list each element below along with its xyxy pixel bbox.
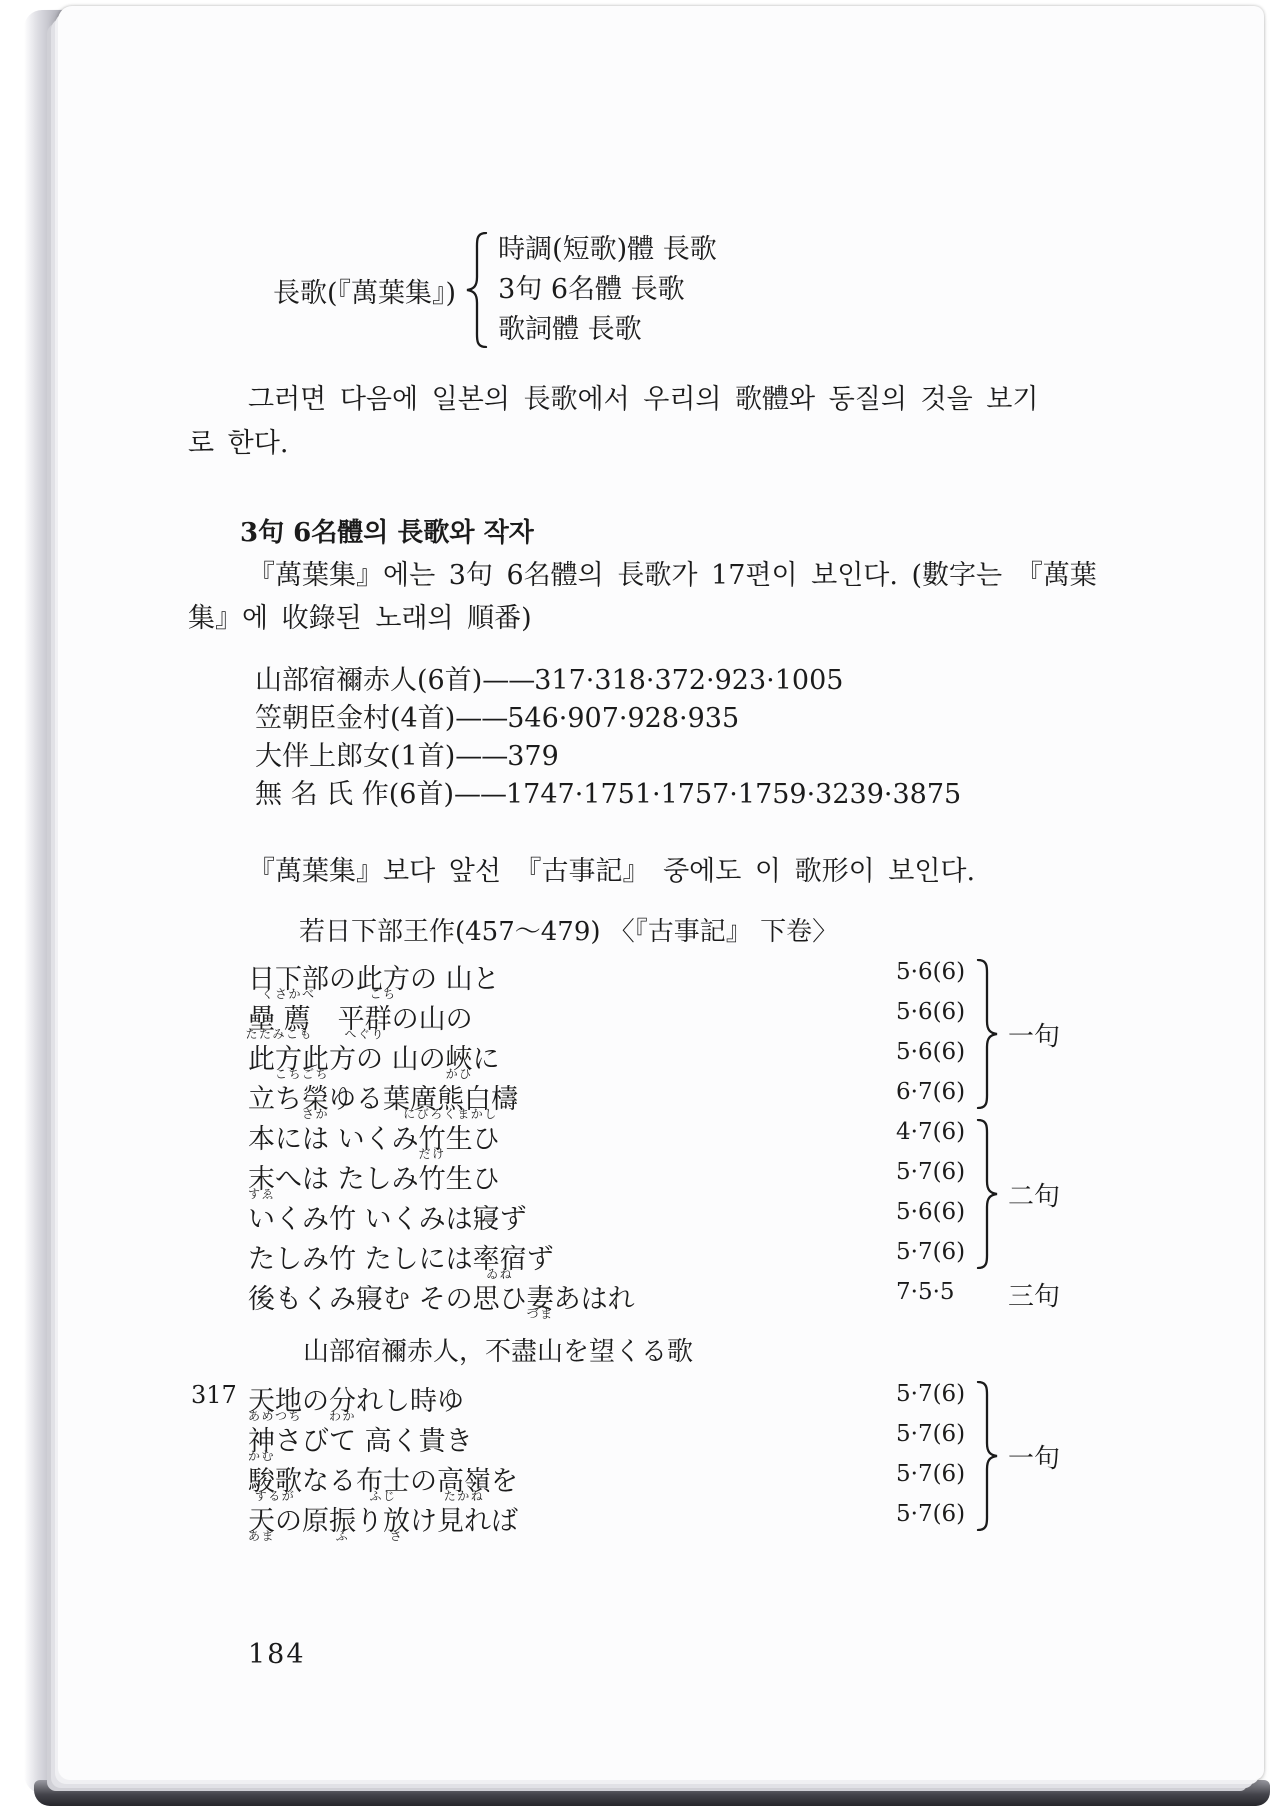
group-brace-icon xyxy=(974,1381,998,1531)
dash: —— xyxy=(455,741,507,772)
poem-numbers: 546·907·928·935 xyxy=(507,703,739,734)
diagram-item: 時調(短歌)體 長歌 xyxy=(498,230,717,270)
meter-value: 5·7(6) xyxy=(896,1499,965,1527)
page-number: 184 xyxy=(248,1639,1149,1670)
group-label: 三句 xyxy=(1008,1279,1060,1315)
meter-value: 5·7(6) xyxy=(896,1157,965,1185)
left-brace-icon xyxy=(466,232,490,348)
poet-name: 山部宿禰赤人(6首) xyxy=(255,665,482,696)
poem-2: 317天地あめつちの 分わかれし時ゆ5·7(6)神かむさびて 高く貴き5·7(6… xyxy=(248,1379,1128,1539)
poem-verse-text: 駿歌するがなる 布士ふじの高嶺たかねを xyxy=(248,1459,896,1498)
diagram-item: 3句 6名體 長歌 xyxy=(498,270,717,310)
paragraph-line: 로 한다. xyxy=(188,422,1100,466)
furigana: あま xyxy=(248,1527,275,1544)
poem-verse-text: 天地あめつちの 分わかれし時ゆ xyxy=(248,1379,896,1418)
poem-verse-text: 末すゑへは たしみ竹生ひ xyxy=(248,1157,896,1196)
meter-value: 5·7(6) xyxy=(896,1379,965,1407)
meter-value: 5·6(6) xyxy=(896,997,965,1025)
book-bottom-edge xyxy=(34,1780,1270,1806)
section-heading: 3句 6名體의 長歌와 작자 xyxy=(240,516,1149,550)
meter-value: 4·7(6) xyxy=(896,1117,965,1145)
meter-value: 6·7(6) xyxy=(896,1077,965,1105)
paragraph-line: 集』에 收錄된 노래의 順番) xyxy=(188,597,1100,640)
poem-verse-text: 此方此方こちごちの 山の峽かひに xyxy=(248,1037,896,1076)
poet-list: 山部宿禰赤人(6首)——317·318·372·923·1005 笠朝臣金村(4… xyxy=(255,662,1149,814)
poem-verse-text: 後もくみ寢む その思ひ妻づまあはれ xyxy=(248,1277,896,1316)
poem-line: 後もくみ寢む その思ひ妻づまあはれ7·5·5 xyxy=(248,1277,1128,1317)
poem-verse-text: 壘 薦たたみこも 平群へぐりの山の xyxy=(248,997,896,1036)
group-brace-icon xyxy=(974,959,998,1109)
poet-row: 笠朝臣金村(4首)——546·907·928·935 xyxy=(255,700,1149,738)
meter-value: 5·6(6) xyxy=(896,957,965,985)
dash: —— xyxy=(455,703,507,734)
poet-row: 無 名 氏 作(6首)——1747·1751·1757·1759·3239·38… xyxy=(255,776,1149,814)
group-label: 一句 xyxy=(1008,1019,1060,1055)
intro-paragraph: 그러면 다음에 일본의 長歌에서 우리의 歌體와 동질의 것을 보기 로 한다. xyxy=(188,378,1100,466)
book-page-scan: 長歌(『萬葉集』) 時調(短歌)體 長歌 3句 6名體 長歌 歌詞體 長歌 그러… xyxy=(0,0,1274,1806)
dash: —— xyxy=(482,665,534,696)
poem-1: 日下部くさかべの 此方こちの 山と5·6(6)壘 薦たたみこも 平群へぐりの山の… xyxy=(248,957,1128,1317)
meter-value: 5·6(6) xyxy=(896,1037,965,1065)
furigana: ふ xyxy=(336,1527,350,1544)
dash: —— xyxy=(454,779,506,810)
poem-verse-text: 立ち榮さかゆる 葉廣熊白檮にびろくまかし xyxy=(248,1077,896,1116)
poem-verse-text: 神かむさびて 高く貴き xyxy=(248,1419,896,1458)
poem-1-heading: 若日下部王作(457～479) 〈『古事記』 下卷〉 xyxy=(299,915,1149,949)
poem-verse-text: たしみ竹 たしには率宿ゐねず xyxy=(248,1237,896,1276)
poem-number: 317 xyxy=(191,1381,237,1409)
poem-verse-text: 天あまの原 振ふり放さけ見れば xyxy=(248,1499,896,1538)
poet-name: 大伴上郎女(1首) xyxy=(255,741,455,772)
group-brace-icon xyxy=(974,1119,998,1269)
poet-name: 無 名 氏 作(6首) xyxy=(255,779,454,810)
poet-row: 大伴上郎女(1首)——379 xyxy=(255,738,1149,776)
meter-value: 5·6(6) xyxy=(896,1197,965,1225)
poet-name: 笠朝臣金村(4首) xyxy=(255,703,455,734)
meter-value: 7·5·5 xyxy=(896,1277,955,1305)
meter-value: 5·7(6) xyxy=(896,1459,965,1487)
meter-value: 5·7(6) xyxy=(896,1419,965,1447)
page: 長歌(『萬葉集』) 時調(短歌)體 長歌 3句 6名體 長歌 歌詞體 長歌 그러… xyxy=(58,6,1264,1780)
paragraph-line: 『萬葉集』에는 3句 6名體의 長歌가 17편이 보인다. (數字는 『萬葉 xyxy=(188,554,1100,597)
kojiki-paragraph: 『萬葉集』보다 앞선 『古事記』 중에도 이 歌形이 보인다. xyxy=(188,850,1160,893)
furigana: さ xyxy=(390,1527,404,1544)
poem-numbers: 379 xyxy=(507,741,559,772)
brace-diagram: 長歌(『萬葉集』) 時調(短歌)體 長歌 3句 6名體 長歌 歌詞體 長歌 xyxy=(273,230,1149,350)
furigana: づま xyxy=(527,1305,554,1322)
group-label: 一句 xyxy=(1008,1441,1060,1477)
meter-value: 5·7(6) xyxy=(896,1237,965,1265)
poem-verse-text: 本には いくみ竹だけ生ひ xyxy=(248,1117,896,1156)
poem-2-heading: 山部宿禰赤人，不盡山を望くる歌 xyxy=(303,1335,1149,1369)
poem-numbers: 1747·1751·1757·1759·3239·3875 xyxy=(506,779,961,810)
poet-row: 山部宿禰赤人(6首)——317·318·372·923·1005 xyxy=(255,662,1149,700)
diagram-item: 歌詞體 長歌 xyxy=(498,310,717,350)
diagram-label: 長歌(『萬葉集』) xyxy=(273,271,456,310)
poem-numbers: 317·318·372·923·1005 xyxy=(534,665,843,696)
section-paragraph: 『萬葉集』에는 3句 6名體의 長歌가 17편이 보인다. (數字는 『萬葉 集… xyxy=(188,554,1100,640)
paragraph-line: 그러면 다음에 일본의 長歌에서 우리의 歌體와 동질의 것을 보기 xyxy=(188,378,1100,422)
poem-verse-text: 日下部くさかべの 此方こちの 山と xyxy=(248,957,896,996)
poem-verse-text: いくみ竹 いくみは寢ず xyxy=(248,1197,896,1236)
diagram-items: 時調(短歌)體 長歌 3句 6名體 長歌 歌詞體 長歌 xyxy=(498,230,717,350)
group-label: 二句 xyxy=(1008,1179,1060,1215)
